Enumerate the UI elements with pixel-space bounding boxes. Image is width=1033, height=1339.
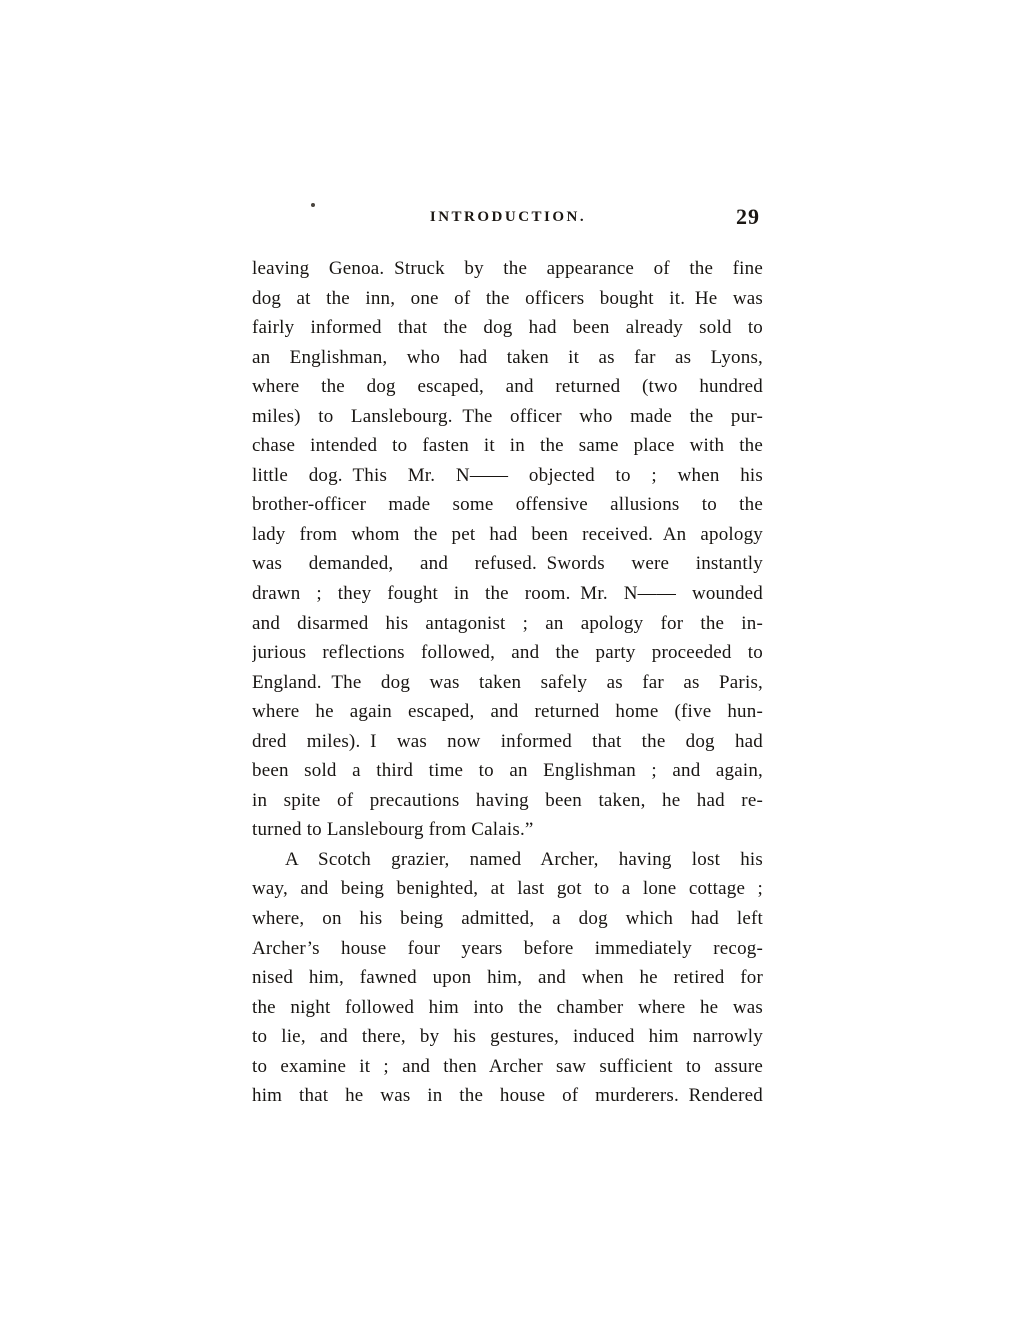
text-line: the night followed him into the chamber …: [252, 993, 763, 1023]
text-line: turned to Lanslebourg from Calais.”: [252, 815, 763, 845]
text-line: drawn ; they fought in the room. Mr. N——…: [252, 579, 763, 609]
page-text: leaving Genoa. Struck by the appearance …: [252, 254, 763, 1111]
text-line: leaving Genoa. Struck by the appearance …: [252, 254, 763, 284]
text-line: to examine it ; and then Archer saw suff…: [252, 1052, 763, 1082]
text-line: been sold a third time to an Englishman …: [252, 756, 763, 786]
text-line: jurious reflections followed, and the pa…: [252, 638, 763, 668]
book-page: INTRODUCTION. 29 leaving Genoa. Struck b…: [0, 0, 1033, 1339]
text-line: Archer’s house four years before immedia…: [252, 934, 763, 964]
text-line: lady from whom the pet had been received…: [252, 520, 763, 550]
text-line: an Englishman, who had taken it as far a…: [252, 343, 763, 373]
text-line: chase intended to fasten it in the same …: [252, 431, 763, 461]
text-line: little dog. This Mr. N—— objected to ; w…: [252, 461, 763, 491]
text-line: where he again escaped, and returned hom…: [252, 697, 763, 727]
page-number: 29: [736, 204, 760, 230]
text-line: A Scotch grazier, named Archer, having l…: [252, 845, 763, 875]
text-line: fairly informed that the dog had been al…: [252, 313, 763, 343]
text-line: way, and being benighted, at last got to…: [252, 874, 763, 904]
text-line: England. The dog was taken safely as far…: [252, 668, 763, 698]
running-head: INTRODUCTION. 29: [252, 206, 764, 232]
text-line: where, on his being admitted, a dog whic…: [252, 904, 763, 934]
text-line: in spite of precautions having been take…: [252, 786, 763, 816]
text-line: him that he was in the house of murderer…: [252, 1081, 763, 1111]
text-line: was demanded, and refused. Swords were i…: [252, 549, 763, 579]
text-line: dog at the inn, one of the officers boug…: [252, 284, 763, 314]
text-line: to lie, and there, by his gestures, indu…: [252, 1022, 763, 1052]
page-title: INTRODUCTION.: [252, 209, 764, 226]
text-line: and disarmed his antagonist ; an apology…: [252, 609, 763, 639]
text-line: nised him, fawned upon him, and when he …: [252, 963, 763, 993]
text-line: where the dog escaped, and returned (two…: [252, 372, 763, 402]
text-line: brother-officer made some offensive allu…: [252, 490, 763, 520]
paragraph: leaving Genoa. Struck by the appearance …: [252, 254, 763, 845]
paragraph: A Scotch grazier, named Archer, having l…: [252, 845, 763, 1111]
text-line: miles) to Lanslebourg. The officer who m…: [252, 402, 763, 432]
text-line: dred miles). I was now informed that the…: [252, 727, 763, 757]
